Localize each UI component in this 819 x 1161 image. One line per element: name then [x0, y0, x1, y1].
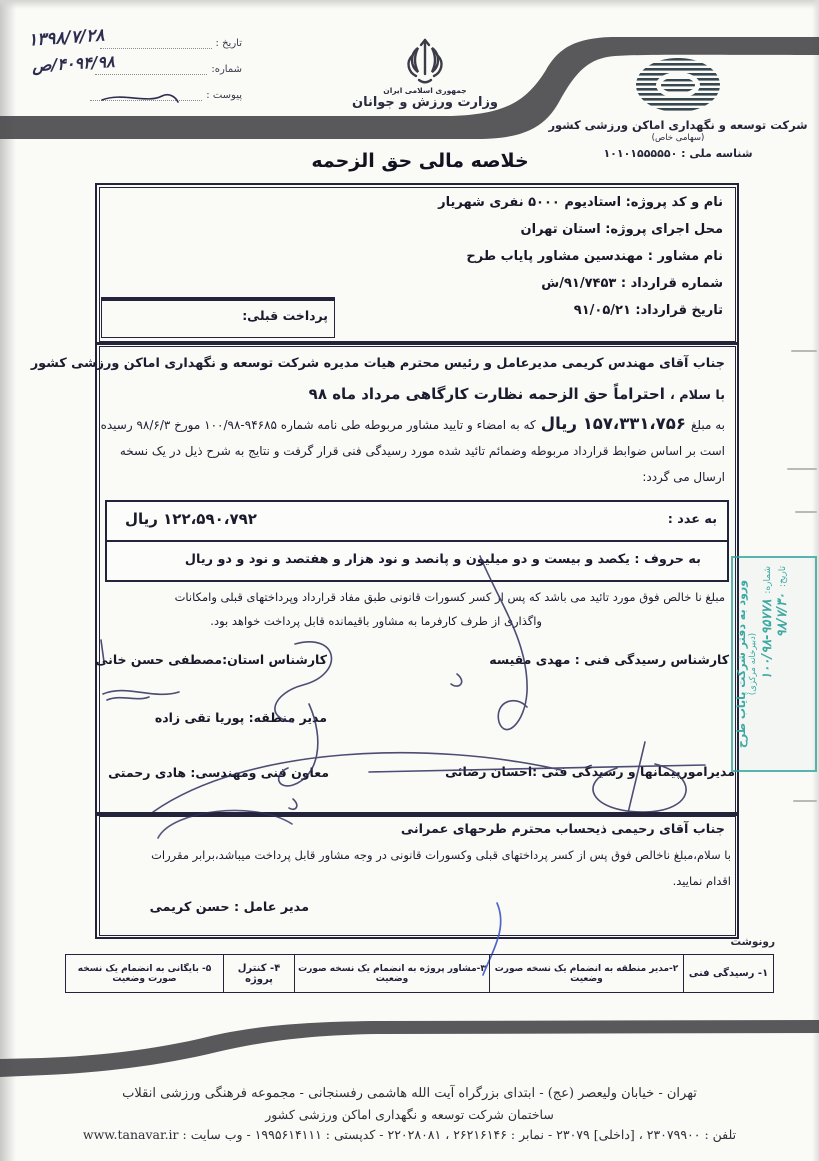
contract-number-line: شماره قرارداد : ۹۱/۷۴۵۳/ش	[541, 276, 723, 291]
letter-subject-line: با سلام ، احتراماً حق الزحمه نظارت کارگا…	[309, 384, 725, 403]
note-line-1: مبلغ نا خالص فوق مورد تائید می باشد که پ…	[175, 590, 725, 604]
letter-amount-line: به مبلغ ۱۵۷،۳۳۱،۷۵۶ ریال که به امضاء و ت…	[101, 414, 725, 433]
letter-subject: احتراماً حق الزحمه نظارت کارگاهی مرداد م…	[309, 385, 665, 403]
company-logo-icon	[632, 56, 724, 116]
signature-region-manager: مدیر منطقه: پوریا تقی زاده	[155, 710, 327, 725]
amount-prefix: به مبلغ	[691, 418, 725, 432]
letter-salutation: با سلام ،	[670, 388, 725, 403]
stamp-number-value: ۱۰۰/۹۸-۹۵۷۷۸	[760, 600, 775, 680]
footer-address-line1: تهران - خیابان ولیعصر (عج) - ابتدای بزرگ…	[0, 1086, 819, 1101]
letter-box: جناب آقای مهندس کریمی مدیرعامل و رئیس مح…	[95, 342, 739, 816]
cc-label: رونوشت	[730, 936, 775, 948]
directive-body-line2: اقدام نمایید.	[673, 874, 731, 888]
amount-figures-value: ۱۲۲،۵۹۰،۷۹۲ ریال	[125, 510, 257, 528]
company-header: شرکت توسعه و نگهداری اماکن ورزشی کشور (س…	[545, 56, 811, 160]
footer-contact-line: تلفن : ۲۳۰۷۹۹۰۰ ، [داخلی] ۲۳۰۷۹ - نمابر …	[0, 1127, 819, 1142]
stamp-number-label: شماره:	[763, 566, 773, 594]
project-consultant-line: نام مشاور : مهندسین مشاور پایاب طرح	[466, 249, 723, 264]
directive-addressee: جناب آقای رحیمی ذیحساب محترم طرحهای عمرا…	[401, 822, 725, 837]
signature-contracts-manager: مدیرامورپیمانها و رسیدگی فنی :احسان رضائ…	[445, 764, 735, 779]
cc-cell-1: ۱- رسیدگی فنی	[683, 955, 773, 992]
stamp-subtitle: (دبیرخانه مرکزی)	[748, 558, 758, 770]
signature-tech-expert: کارشناس رسیدگی فنی : مهدی مقیسه	[489, 652, 729, 667]
cc-cell-4: ۴- کنترل پروژه	[223, 955, 294, 992]
note-line-2: واگذاری از طرف کارفرما به مشاور باقیماند…	[210, 614, 542, 628]
stamp-date-label: تاریخ:	[778, 566, 788, 587]
registration-number-row: شماره:	[95, 64, 242, 75]
footer-address-line2: ساختمان شرکت توسعه و نگهداری اماکن ورزشی…	[0, 1107, 819, 1122]
cc-cell-5: ۵- بایگانی به انضمام یک نسخه صورت وضعیت	[66, 955, 223, 992]
project-info-box: نام و کد پروژه: استادیوم ۵۰۰۰ نفری شهریا…	[95, 183, 739, 345]
handwritten-attachment-mark	[92, 88, 182, 108]
registration-number-label: شماره:	[211, 64, 242, 75]
gross-amount: ۱۵۷،۳۳۱،۷۵۶ ریال	[541, 414, 686, 433]
previous-payment-box: پرداخت قبلی:	[101, 297, 335, 338]
amount-in-words-row: به حروف : یکصد و بیست و دو میلیون و پانص…	[107, 540, 727, 580]
dotted-line	[100, 38, 212, 49]
cc-cell-2: ۲-مدیر منطقه به انضمام یک نسخه صورت وضعی…	[489, 955, 683, 992]
cc-table: ۱- رسیدگی فنی ۲-مدیر منطقه به انضمام یک …	[65, 954, 774, 993]
ministry-header: جمهوری اسلامی ایران وزارت ورزش و جوانان	[345, 36, 505, 110]
ceo-signature-name: مدیر عامل : حسن کریمی	[150, 900, 309, 915]
registration-date-row: تاریخ :	[100, 38, 242, 49]
signature-province-expert: کارشناس استان:مصطفی حسن خانی	[96, 652, 328, 667]
letter-line4: است بر اساس ضوابط قرارداد مربوطه وضمائم …	[120, 444, 725, 458]
company-type-label: (سهامی خاص)	[545, 133, 811, 143]
stamp-title: ورود به دفتر شرکت پایاب طرح	[735, 558, 748, 770]
entry-stamp: ورود به دفتر شرکت پایاب طرح (دبیرخانه مر…	[731, 556, 817, 772]
registration-attachment-label: پیوست :	[206, 90, 242, 101]
letter-line5: ارسال می گردد:	[642, 470, 725, 484]
project-name-line: نام و کد پروژه: استادیوم ۵۰۰۰ نفری شهریا…	[438, 195, 723, 210]
previous-payment-label: پرداخت قبلی:	[242, 308, 328, 323]
stamp-date-value: ۹۸/۷/۳۰	[775, 593, 790, 637]
cc-cell-3: ۳-مشاور پروژه به انضمام یک نسخه صورت وضع…	[294, 955, 489, 992]
stamp-date-row: تاریخ: ۹۸/۷/۳۰	[775, 558, 790, 770]
project-location-line: محل اجرای پروژه: استان تهران	[521, 222, 723, 237]
amount-in-figures-row: به عدد : ۱۲۲،۵۹۰،۷۹۲ ریال	[107, 502, 727, 540]
ministry-country-label: جمهوری اسلامی ایران	[345, 86, 505, 95]
ministry-name-label: وزارت ورزش و جوانان	[345, 95, 505, 110]
amount-figures-label: به عدد :	[668, 512, 717, 527]
signature-deputy: معاون فنی ومهندسی: هادی رحمتی	[108, 765, 329, 780]
document-title: خلاصه مالی حق الزحمه	[255, 150, 585, 172]
directive-box: جناب آقای رحیمی ذیحساب محترم طرحهای عمرا…	[95, 812, 739, 939]
amount-words-value: به حروف : یکصد و بیست و دو میلیون و پانص…	[185, 552, 701, 567]
stamp-number-row: شماره: ۱۰۰/۹۸-۹۵۷۷۸	[760, 558, 775, 770]
letter-addressee: جناب آقای مهندس کریمی مدیرعامل و رئیس مح…	[31, 356, 725, 371]
registration-date-label: تاریخ :	[216, 38, 242, 49]
amount-table: به عدد : ۱۲۲،۵۹۰،۷۹۲ ریال به حروف : یکصد…	[105, 500, 729, 582]
entry-stamp-inner: ورود به دفتر شرکت پایاب طرح (دبیرخانه مر…	[731, 556, 817, 772]
contract-date-line: تاریخ قرارداد: ۹۱/۰۵/۲۱	[574, 303, 723, 318]
amount-suffix: که به امضاء و تایید مشاور مربوطه طی نامه…	[101, 418, 536, 432]
scanned-document-page: تاریخ : شماره: پیوست : ۱۳۹۸/۷/۲۸ ۴۰۹۴/۹۸…	[0, 0, 819, 1161]
company-name-label: شرکت توسعه و نگهداری اماکن ورزشی کشور	[545, 118, 811, 132]
iran-emblem-icon	[398, 36, 452, 86]
directive-body-line1: با سلام،مبلغ ناخالص فوق پس از کسر پرداخت…	[151, 848, 731, 862]
bottom-swoosh-band	[0, 1020, 819, 1077]
